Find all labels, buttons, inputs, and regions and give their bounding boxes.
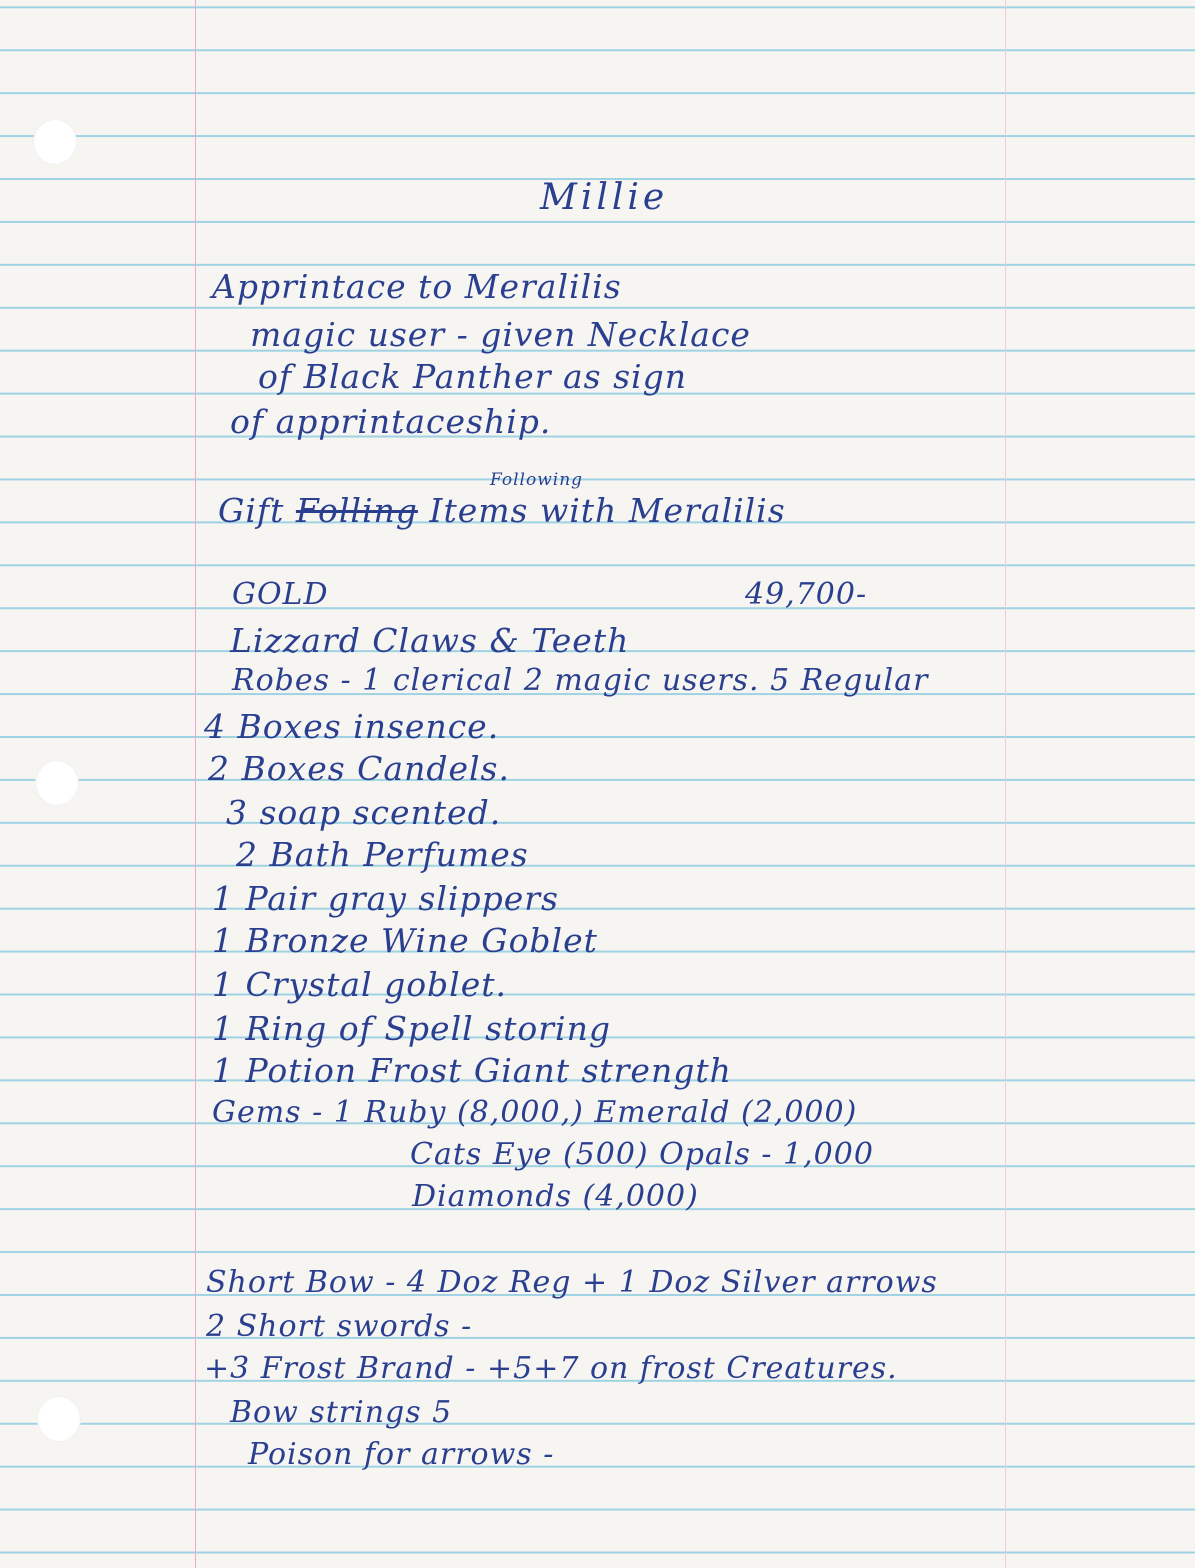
gift-heading-insertion: Following <box>490 472 583 489</box>
intro-line-4: of apprintaceship. <box>230 405 551 438</box>
gift-heading-prefix: Gift <box>218 491 284 530</box>
intro-line-2: magic user - given Necklace <box>250 318 751 351</box>
binder-hole-middle <box>35 760 79 806</box>
list-item: 1 Ring of Spell storing <box>212 1012 611 1045</box>
weapon-item: Poison for arrows - <box>248 1440 554 1470</box>
list-item: 2 Boxes Candels. <box>208 752 510 785</box>
weapon-item: Short Bow - 4 Doz Reg + 1 Doz Silver arr… <box>206 1268 938 1298</box>
page-title: Millie <box>540 180 668 216</box>
item-gold-label: GOLD <box>232 580 329 610</box>
binder-hole-bottom <box>37 1396 81 1442</box>
list-item: Lizzard Claws & Teeth <box>230 624 629 657</box>
left-margin-line <box>195 0 196 1568</box>
list-item: 1 Pair gray slippers <box>212 882 559 915</box>
list-item: Robes - 1 clerical 2 magic users. 5 Regu… <box>232 666 928 696</box>
gems-line-2: Cats Eye (500) Opals - 1,000 <box>410 1140 874 1170</box>
list-item: 1 Crystal goblet. <box>212 968 507 1001</box>
item-gold-value: 49,700- <box>745 580 867 610</box>
weapon-item: Bow strings 5 <box>230 1398 452 1428</box>
gems-line-3: Diamonds (4,000) <box>412 1182 699 1212</box>
right-margin-line <box>1005 0 1006 1568</box>
gift-heading-suffix: Items with Meralilis <box>429 491 785 530</box>
intro-line-1: Apprintace to Meralilis <box>212 270 622 303</box>
binder-hole-top <box>33 119 77 165</box>
gift-heading: Gift Folling Items with Meralilis <box>218 494 786 527</box>
list-item: 4 Boxes insence. <box>204 710 499 743</box>
gift-heading-struck-word: Folling <box>296 491 418 530</box>
notebook-paper <box>0 0 1195 1568</box>
weapon-item: +3 Frost Brand - +5+7 on frost Creatures… <box>204 1354 898 1384</box>
list-item: 2 Bath Perfumes <box>236 838 529 871</box>
list-item: 1 Bronze Wine Goblet <box>212 924 598 957</box>
gems-line-1: Gems - 1 Ruby (8,000,) Emerald (2,000) <box>212 1098 857 1128</box>
intro-line-3: of Black Panther as sign <box>258 360 687 393</box>
list-item: 3 soap scented. <box>226 796 501 829</box>
weapon-item: 2 Short swords - <box>206 1312 472 1342</box>
list-item: 1 Potion Frost Giant strength <box>212 1054 732 1087</box>
